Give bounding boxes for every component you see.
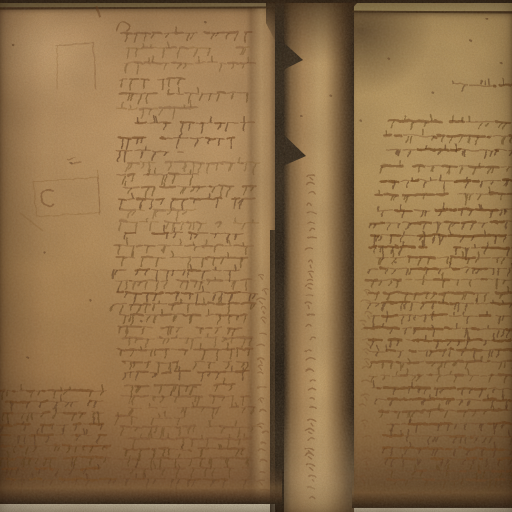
manuscript-photo <box>0 0 512 512</box>
photo-vignette <box>0 0 512 512</box>
